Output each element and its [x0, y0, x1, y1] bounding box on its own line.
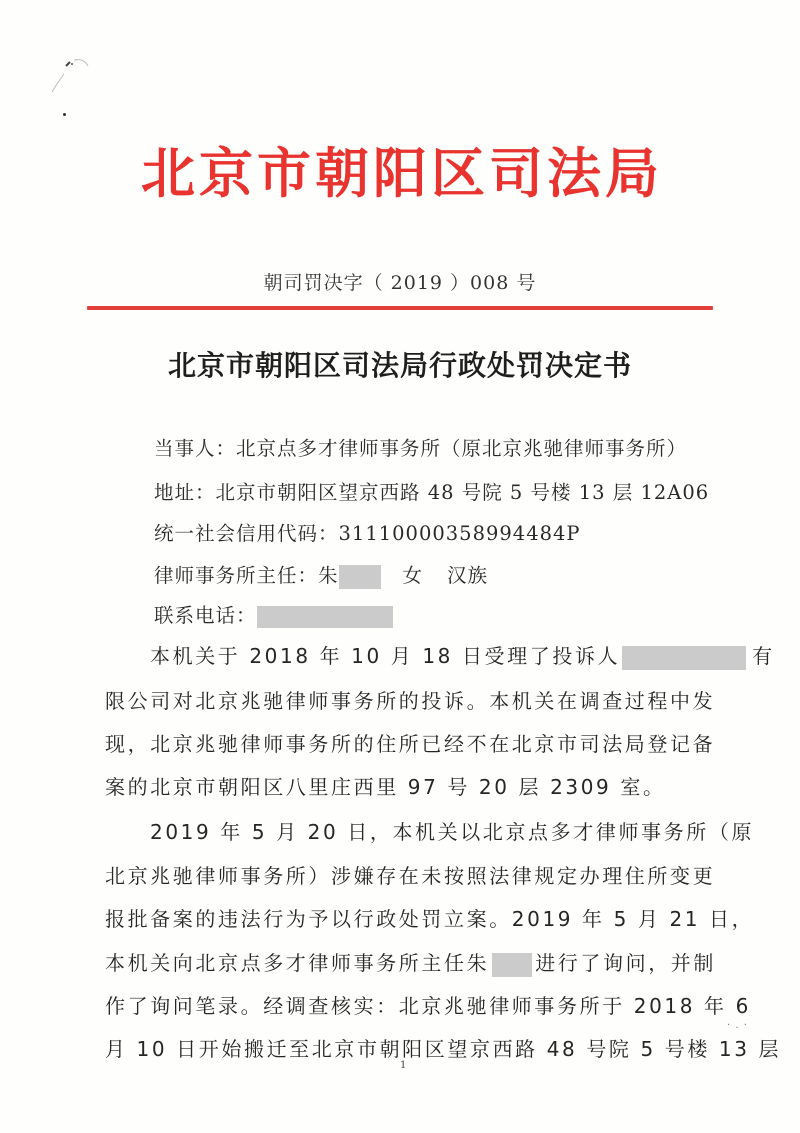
credit-code-line: 统一社会信用代码：31110000358994484P — [154, 518, 581, 546]
redacted-phone — [257, 606, 393, 628]
credit-code-label: 统一社会信用代码： — [154, 522, 339, 545]
paragraph-2-line: 作了询问笔录。经调查核实：北京兆驰律师事务所于 2018 年 6 — [105, 990, 695, 1019]
scan-artifact-dot — [63, 113, 66, 116]
paragraph-2-line: 月 10 日开始搬迁至北京市朝阳区望京西路 48 号院 5 号楼 13 层 — [105, 1033, 695, 1062]
page-number: 1 — [400, 1060, 406, 1071]
paragraph-1-line: 本机关于 2018 年 10 月 18 日受理了投诉人有 — [150, 640, 695, 670]
director-ethnicity: 汉族 — [447, 564, 488, 587]
text-segment: 本机关于 2018 年 10 月 18 日受理了投诉人 — [150, 644, 620, 668]
scan-artifact-mark — [44, 52, 104, 102]
address-line: 地址：北京市朝阳区望京西路 48 号院 5 号楼 13 层 12A06 — [154, 477, 709, 505]
scan-artifact-dots: · . · — [727, 1020, 748, 1031]
text-segment: 有 — [752, 644, 775, 668]
document-number: 朝司罚决字（ 2019 ）008 号 — [0, 268, 800, 295]
redacted-complainant — [622, 646, 746, 670]
redacted-name — [339, 565, 381, 589]
director-surname: 朱 — [318, 564, 339, 587]
phone-line: 联系电话： — [154, 600, 393, 628]
director-label: 律师事务所主任： — [154, 564, 318, 587]
text-segment: 本机关向北京点多才律师事务所主任朱 — [105, 951, 489, 975]
redacted-director-name — [492, 953, 532, 977]
paragraph-2-line: 本机关向北京点多才律师事务所主任朱进行了询问，并制 — [105, 947, 695, 977]
letterhead-char: 区 — [430, 138, 486, 208]
party-value: 北京点多才律师事务所（原北京兆驰律师事务所） — [236, 437, 687, 460]
letterhead-char: 市 — [256, 138, 312, 208]
letterhead-char: 局 — [604, 138, 660, 208]
letterhead-char: 司 — [488, 138, 544, 208]
paragraph-1-line: 限公司对北京兆驰律师事务所的投诉。本机关在调查过程中发 — [105, 685, 695, 714]
letterhead-char: 法 — [546, 138, 602, 208]
paragraph-2-line: 报批备案的违法行为予以行政处罚立案。2019 年 5 月 21 日， — [105, 903, 695, 932]
phone-label: 联系电话： — [154, 604, 257, 627]
director-line: 律师事务所主任：朱女汉族 — [154, 560, 488, 589]
party-label: 当事人： — [154, 437, 236, 460]
document-page: · . · 北 京 市 朝 阳 区 司 法 局 朝司罚决字（ 2019 ）008… — [0, 0, 800, 1133]
letterhead-char: 阳 — [372, 138, 428, 208]
paragraph-1-line: 现，北京兆驰律师事务所的住所已经不在北京市司法局登记备 — [105, 728, 695, 757]
red-divider-rule — [87, 306, 713, 310]
party-line: 当事人：北京点多才律师事务所（原北京兆驰律师事务所） — [154, 433, 687, 461]
letterhead-char: 北 — [140, 138, 196, 208]
paragraph-1-line: 案的北京市朝阳区八里庄西里 97 号 20 层 2309 室。 — [105, 771, 695, 800]
letterhead-org-name: 北 京 市 朝 阳 区 司 法 局 — [140, 138, 660, 208]
paragraph-2-line: 2019 年 5 月 20 日，本机关以北京点多才律师事务所（原 — [150, 816, 695, 845]
director-gender: 女 — [403, 564, 424, 587]
address-value: 北京市朝阳区望京西路 48 号院 5 号楼 13 层 12A06 — [216, 481, 710, 504]
address-label: 地址： — [154, 481, 216, 504]
letterhead-char: 朝 — [314, 138, 370, 208]
paragraph-2-line: 北京兆驰律师事务所）涉嫌存在未按照法律规定办理住所变更 — [105, 860, 695, 889]
letterhead-char: 京 — [198, 138, 254, 208]
text-segment: 进行了询问，并制 — [535, 951, 716, 975]
credit-code-value: 31110000358994484P — [339, 522, 581, 545]
document-title: 北京市朝阳区司法局行政处罚决定书 — [0, 344, 800, 384]
